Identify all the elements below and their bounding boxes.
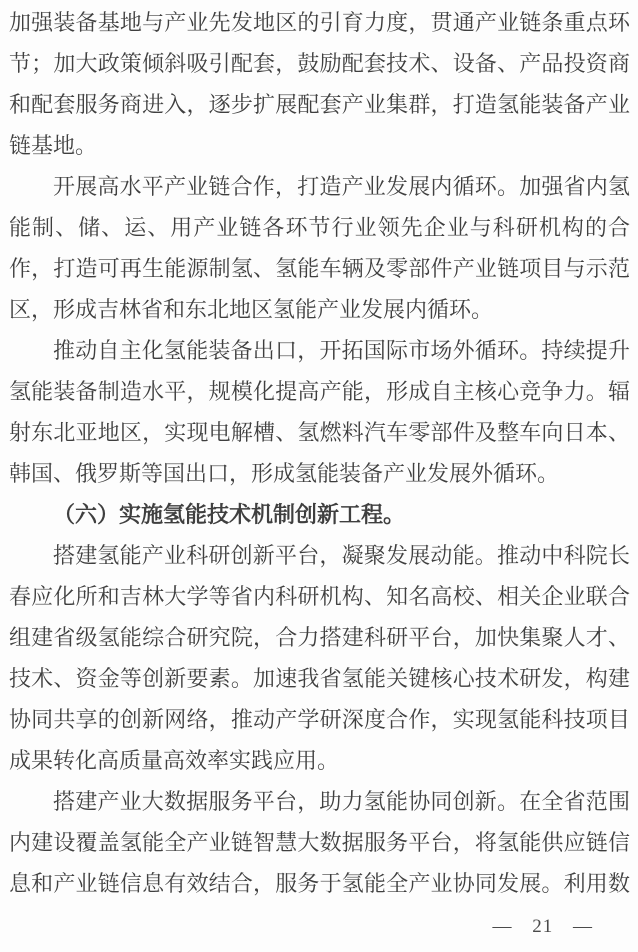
text-line: 协同共享的创新网络，推动产学研深度合作，实现氢能科技项目 [9,699,630,740]
text-line: 搭建氢能产业科研创新平台，凝聚发展动能。推动中科院长 [9,535,630,576]
text-line: 息和产业链信息有效结合，服务于氢能全产业协同发展。利用数 [9,863,630,904]
text-line: 成果转化高质量高效率实践应用。 [9,740,630,781]
text-line: 组建省级氢能综合研究院，合力搭建科研平台，加快集聚人才、 [9,617,630,658]
text-line: 春应化所和吉林大学等省内科研机构、知名高校、相关企业联合 [9,576,630,617]
text-block: 加强装备基地与产业先发地区的引育力度，贯通产业链条重点环 节；加大政策倾斜吸引配… [9,2,630,904]
text-line: 开展高水平产业链合作，打造产业发展内循环。加强省内氢 [9,166,630,207]
text-line: 能制、储、运、用产业链各环节行业领先企业与科研机构的合 [9,207,630,248]
section-heading: （六）实施氢能技术机制创新工程。 [9,494,630,535]
text-line: 作，打造可再生能源制氢、氢能车辆及零部件产业链项目与示范 [9,248,630,289]
text-line: 节；加大政策倾斜吸引配套，鼓励配套技术、设备、产品投资商 [9,43,630,84]
text-line: 推动自主化氢能装备出口，开拓国际市场外循环。持续提升 [9,330,630,371]
page-number: — 21 — [493,916,594,938]
text-line: 加强装备基地与产业先发地区的引育力度，贯通产业链条重点环 [9,2,630,43]
text-line: 射东北亚地区，实现电解槽、氢燃料汽车零部件及整车向日本、 [9,412,630,453]
text-line: 氢能装备制造水平，规模化提高产能，形成自主核心竞争力。辐 [9,371,630,412]
text-line: 韩国、俄罗斯等国出口，形成氢能装备产业发展外循环。 [9,453,630,494]
text-line: 区，形成吉林省和东北地区氢能产业发展内循环。 [9,289,630,330]
document-page: 加强装备基地与产业先发地区的引育力度，贯通产业链条重点环 节；加大政策倾斜吸引配… [0,0,638,952]
text-line: 技术、资金等创新要素。加速我省氢能关键核心技术研发，构建 [9,658,630,699]
text-line: 和配套服务商进入，逐步扩展配套产业集群，打造氢能装备产业 [9,84,630,125]
text-line: 链基地。 [9,125,630,166]
text-line: 内建设覆盖氢能全产业链智慧大数据服务平台，将氢能供应链信 [9,822,630,863]
text-line: 搭建产业大数据服务平台，助力氢能协同创新。在全省范围 [9,781,630,822]
